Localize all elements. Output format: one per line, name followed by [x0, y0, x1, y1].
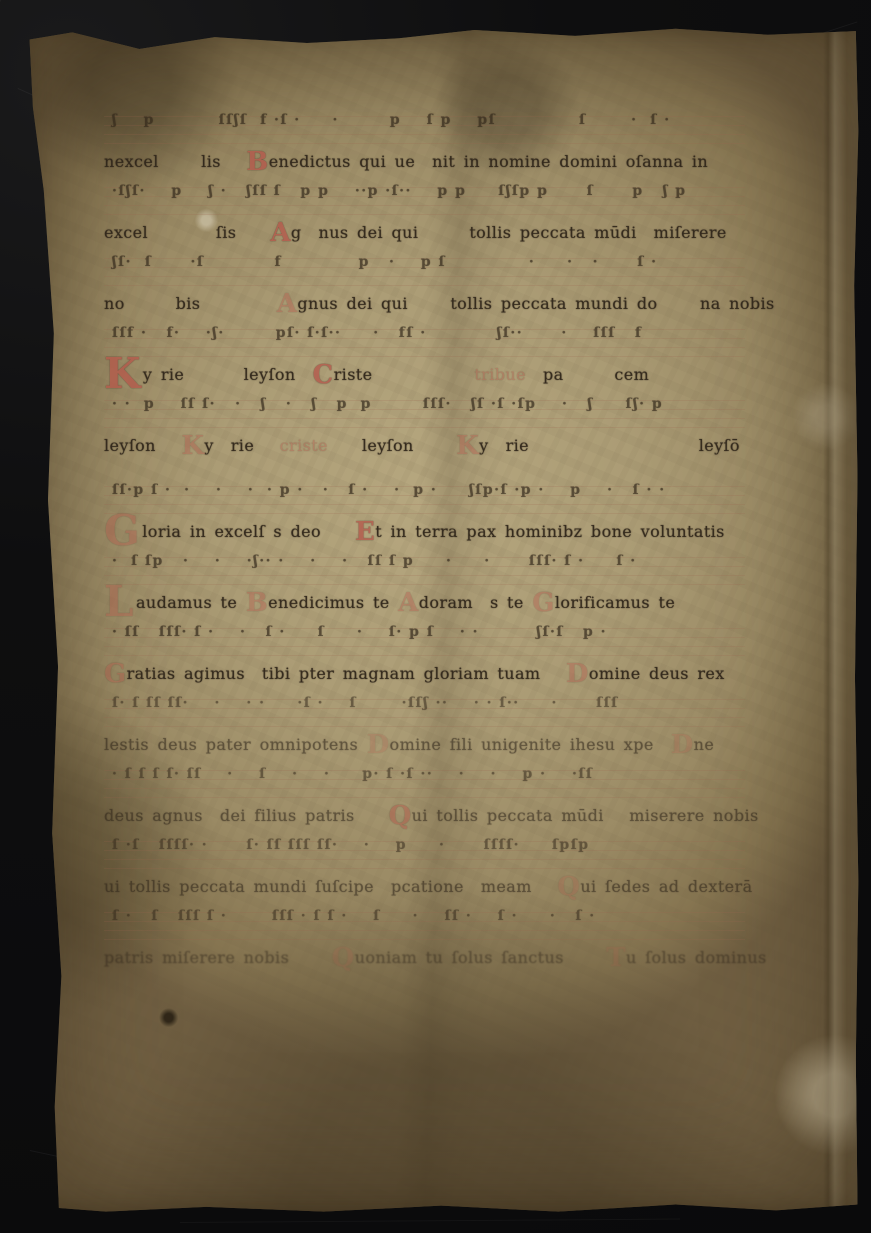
rubric-text: D: [566, 659, 589, 689]
neume-notation: · ſ ſ ſ ſ· ſſ · ſ · · p· ſ ·ſ ·· · · p ·…: [112, 766, 593, 782]
neume-notation: ʃſ· ſ ·ſ f p · p ſ · · · ſ ·: [112, 254, 658, 270]
chant-text: ui tollis peccata mundi ſuſcipe pcatione…: [104, 877, 557, 896]
chant-text: leyſon: [328, 436, 456, 455]
chant-text: y rie: [204, 436, 279, 455]
chant-text: lorificamus te: [555, 593, 675, 612]
chant-text-line: no bis Agnus dei qui tollis peccata mund…: [104, 293, 772, 315]
chant-text: no bis: [104, 294, 277, 313]
chant-text: loria in excelſ s deo: [142, 522, 355, 541]
music-staff: ·ſʃſ· p ʃ · ʃſſ ſ p p ··p ·ſ·· p p ſʃſp …: [104, 187, 745, 217]
chant-text: u ſolus dominus: [626, 948, 767, 967]
rubric-text: C: [313, 360, 334, 390]
chant-lines: ʃ p ſſʃſ f ·ſ · · p ſ p pſ ſ · ſ · nexce…: [104, 116, 772, 983]
chant-text: leyſon: [104, 436, 181, 455]
neume-notation: ſ ·ſ ſſſſ· · ſ· ſſ ſſſ ſſ· · p · ſſſſ· ſ…: [112, 837, 590, 853]
chant-text: gnus dei qui tollis peccata mundi do na …: [297, 294, 774, 313]
rubric-text: D: [671, 730, 694, 760]
rubric-text: K: [104, 349, 141, 398]
chant-text: lis: [159, 152, 247, 171]
chant-line: · ſ ſp · · ·ʃ·· · · · ſſ ſ p · · ſſſ· ſ …: [104, 557, 772, 628]
chant-text-line: nexcel lis Benedictus qui ue nit in nomi…: [104, 151, 772, 173]
chant-line: · ſ ſ ſ ſ· ſſ · ſ · · p· ſ ·ſ ·· · · p ·…: [104, 770, 772, 841]
photograph-background: { "colors": { "background": "#0e0e0f", "…: [0, 0, 871, 1233]
music-staff: · ſſ ſſſ· ſ · · ſ · ſ · ſ· p ſ · · ʃſ·ſ …: [104, 628, 745, 658]
chant-line: ſ · ſ ſſſ ſ · ſſſ · ſ ſ · ſ · ſſ · ſ · ·…: [104, 912, 772, 983]
rubric-text: K: [456, 431, 479, 461]
rubric-text: G: [532, 588, 555, 618]
chant-text: y rie leyſon: [143, 365, 313, 384]
music-staff: · · p ſſ ſ· · ʃ · ʃ p p ſſſ· ʃſ ·ſ ·ſp ·…: [104, 400, 745, 430]
chant-text-line: leyſon Ky rie criste leyſon Ky rie leyſō: [104, 435, 772, 457]
chant-line: ſ ·ſ ſſſſ· · ſ· ſſ ſſſ ſſ· · p · ſſſſ· ſ…: [104, 841, 772, 912]
rubric-text: K: [181, 431, 204, 461]
neume-notation: · ſſ ſſſ· ſ · · ſ · ſ · ſ· p ſ · · ʃſ·ſ …: [112, 624, 607, 640]
chant-text: uoniam tu ſolus ſanctus: [355, 948, 607, 967]
chant-line: ſſ·p ſ · · · · · p · · ſ · · p · ʃſp·ſ ·…: [104, 486, 772, 557]
rubric-text: Q: [332, 943, 355, 973]
chant-text: ratias agimus tibi pter magnam gloriam t…: [127, 664, 566, 683]
chant-text: riste: [334, 365, 475, 384]
chant-text: audamus te: [136, 593, 246, 612]
parchment-page: ʃ p ſſʃſ f ·ſ · · p ſ p pſ ſ · ſ · nexce…: [22, 24, 860, 1214]
rubric-text: criste: [280, 436, 328, 455]
chant-text: g nus dei qui tollis peccata mūdi miſere…: [291, 223, 727, 242]
chant-text-line: Ky rie leyſon Criste tribue pa cem: [104, 364, 772, 386]
chant-text-line: Laudamus te Benedicimus te Adoram s te G…: [104, 592, 772, 614]
chant-line: ſ· ſ ſſ ſſ· · · · ·ſ · ſ ·ſſʃ ·· · · ſ··…: [104, 699, 772, 770]
chant-line: · · p ſſ ſ· · ʃ · ʃ p p ſſſ· ʃſ ·ſ ·ſp ·…: [104, 400, 772, 471]
chant-text: ui tollis peccata mūdi miserere nobis: [412, 806, 759, 825]
music-staff: ſ· ſ ſſ ſſ· · · · ·ſ · ſ ·ſſʃ ·· · · ſ··…: [104, 699, 745, 729]
chant-line: ʃſ· ſ ·ſ f p · p ſ · · · ſ · no bis Agnu…: [104, 258, 772, 329]
chant-text: t in terra pax hominibz bone voluntatis: [375, 522, 725, 541]
music-staff: ſſ·p ſ · · · · · p · · ſ · · p · ʃſp·ſ ·…: [104, 486, 745, 516]
chant-text-line: ui tollis peccata mundi ſuſcipe pcatione…: [104, 876, 772, 898]
chant-line: ·ſʃſ· p ʃ · ʃſſ ſ p p ··p ·ſ·· p p ſʃſp …: [104, 187, 772, 258]
chant-text: lestis deus pater omnipotens: [104, 735, 367, 754]
music-staff: ſ ·ſ ſſſſ· · ſ· ſſ ſſſ ſſ· · p · ſſſſ· ſ…: [104, 841, 745, 871]
chant-text: omine fili unigenite ihesu xpe: [390, 735, 671, 754]
chant-text-line: Gratias agimus tibi pter magnam gloriam …: [104, 663, 772, 685]
neume-notation: ſſ·p ſ · · · · · p · · ſ · · p · ʃſp·ſ ·…: [112, 482, 666, 498]
music-staff: · ſ ſ ſ ſ· ſſ · ſ · · p· ſ ·ſ ·· · · p ·…: [104, 770, 745, 800]
rubric-text: Q: [389, 801, 412, 831]
chant-text: omine deus rex: [589, 664, 725, 683]
music-staff: ſ · ſ ſſſ ſ · ſſſ · ſ ſ · ſ · ſſ · ſ · ·…: [104, 912, 745, 942]
rubric-text: Q: [557, 872, 580, 902]
neume-notation: ʃ p ſſʃſ f ·ſ · · p ſ p pſ ſ · ſ ·: [112, 112, 671, 128]
chant-text: deus agnus dei filius patris: [104, 806, 389, 825]
rubric-text: tribue: [474, 365, 526, 384]
chant-text: ne: [694, 735, 715, 754]
rubric-text: T: [606, 943, 626, 973]
chant-line: ſſf · f· ·ʃ· pſ· ſ·ſ·· · fſ · ʃſ·· · ſſſ…: [104, 329, 772, 400]
chant-text: patris miſerere nobis: [104, 948, 332, 967]
scratch-mark: [180, 1219, 680, 1223]
music-staff: · ſ ſp · · ·ʃ·· · · · ſſ ſ p · · ſſſ· ſ …: [104, 557, 745, 587]
chant-text-line: lestis deus pater omnipotens Domine fili…: [104, 734, 772, 756]
music-staff: ʃſ· ſ ·ſ f p · p ſ · · · ſ ·: [104, 258, 745, 288]
chant-text-line: Gloria in excelſ s deo Et in terra pax h…: [104, 521, 772, 543]
neume-notation: · · p ſſ ſ· · ʃ · ʃ p p ſſſ· ʃſ ·ſ ·ſp ·…: [112, 396, 663, 412]
rubric-text: A: [398, 588, 419, 618]
rubric-text: G: [104, 659, 127, 689]
neume-notation: ·ſʃſ· p ʃ · ʃſſ ſ p p ··p ·ſ·· p p ſʃſp …: [112, 183, 687, 199]
chant-text: enedicimus te: [268, 593, 398, 612]
neume-notation: ſ· ſ ſſ ſſ· · · · ·ſ · ſ ·ſſʃ ·· · · ſ··…: [112, 695, 619, 711]
chant-text: ui ſedes ad dexterā: [580, 877, 752, 896]
rubric-text: E: [355, 517, 375, 547]
neume-notation: · ſ ſp · · ·ʃ·· · · · ſſ ſ p · · ſſſ· ſ …: [112, 553, 637, 569]
neume-notation: ſ · ſ ſſſ ſ · ſſſ · ſ ſ · ſ · ſſ · ſ · ·…: [112, 908, 596, 924]
chant-text-line: deus agnus dei filius patris Qui tollis …: [104, 805, 772, 827]
rubric-text: G: [104, 506, 140, 555]
music-staff: ʃ p ſſʃſ f ·ſ · · p ſ p pſ ſ · ſ ·: [104, 116, 745, 146]
neume-notation: ſſf · f· ·ʃ· pſ· ſ·ſ·· · fſ · ʃſ·· · ſſſ…: [112, 325, 642, 341]
chant-line: ʃ p ſſʃſ f ·ſ · · p ſ p pſ ſ · ſ · nexce…: [104, 116, 772, 187]
rubric-text: B: [246, 147, 268, 177]
chant-text-line: excel ſis Ag nus dei qui tollis peccata …: [104, 222, 772, 244]
chant-text: excel ſis: [104, 223, 270, 242]
rubric-text: D: [367, 730, 390, 760]
chant-text: y rie leyſō: [479, 436, 740, 455]
chant-text: pa cem: [526, 365, 649, 384]
chant-text-line: patris miſerere nobis Quoniam tu ſolus ſ…: [104, 947, 772, 969]
rubric-text: A: [270, 218, 291, 248]
chant-text: doram s te: [419, 593, 533, 612]
rubric-text: A: [277, 289, 298, 319]
chant-line: · ſſ ſſſ· ſ · · ſ · ſ · ſ· p ſ · · ʃſ·ſ …: [104, 628, 772, 699]
rubric-text: B: [246, 588, 268, 618]
music-staff: ſſf · f· ·ʃ· pſ· ſ·ſ·· · fſ · ʃſ·· · ſſſ…: [104, 329, 745, 359]
chant-text: nexcel: [104, 152, 159, 171]
rubric-text: L: [104, 577, 134, 626]
chant-text: enedictus qui ue nit in nomine domini oſ…: [269, 152, 708, 171]
